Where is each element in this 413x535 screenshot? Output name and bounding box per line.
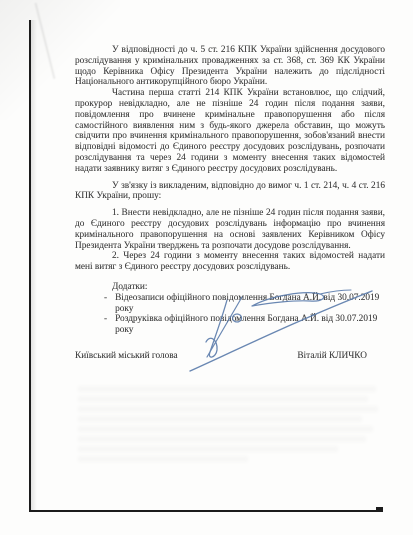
document-body: У відповідності до ч. 5 ст. 216 КПК Укра… <box>75 45 385 362</box>
bleed-through-line <box>78 436 366 442</box>
attachments-block: Додатки: - Відеозаписи офіційного повідо… <box>75 282 385 336</box>
bleed-through-line <box>78 406 378 412</box>
attachment-item: - Відеозаписи офіційного повідомлення Бо… <box>75 293 385 315</box>
scan-left-border <box>29 20 31 512</box>
scan-spine-shadow <box>31 20 37 512</box>
attachment-item: - Роздруківка офіційного повідомлення Бо… <box>75 314 385 336</box>
bleed-through-line <box>78 446 338 452</box>
attachment-text: Роздруківка офіційного повідомлення Богд… <box>115 314 385 336</box>
paragraph-jurisdiction: У відповідності до ч. 5 ст. 216 КПК Укра… <box>75 45 385 88</box>
scanned-page: У відповідності до ч. 5 ст. 216 КПК Укра… <box>0 0 413 535</box>
scan-corner-tick <box>376 507 383 512</box>
signatory-name: Віталій КЛИЧКО <box>297 351 367 362</box>
bleed-through-line <box>78 426 373 432</box>
dash-bullet: - <box>104 314 107 336</box>
paragraph-appeal: У зв'язку із викладеним, відповідно до в… <box>75 181 385 203</box>
paragraph-article-214: Частина перша статті 214 КПК України вст… <box>75 88 385 174</box>
signature-row: Київський міський голова Віталій КЛИЧКО <box>75 351 385 362</box>
request-item-2: 2. Через 24 години з моменту внесення та… <box>75 251 385 273</box>
attachment-text: Відеозаписи офіційного повідомлення Богд… <box>115 293 385 315</box>
bleed-through-line <box>78 386 376 392</box>
request-item-1: 1. Внести невідкладно, але не пізніше 24… <box>75 208 385 251</box>
scan-bottom-border <box>29 510 382 512</box>
dash-bullet: - <box>104 293 107 315</box>
bleed-through-line <box>78 416 362 422</box>
signatory-title: Київський міський голова <box>75 351 178 362</box>
attachments-label: Додатки: <box>75 282 385 293</box>
bleed-through-line <box>78 456 248 462</box>
bleed-through-line <box>78 396 368 402</box>
